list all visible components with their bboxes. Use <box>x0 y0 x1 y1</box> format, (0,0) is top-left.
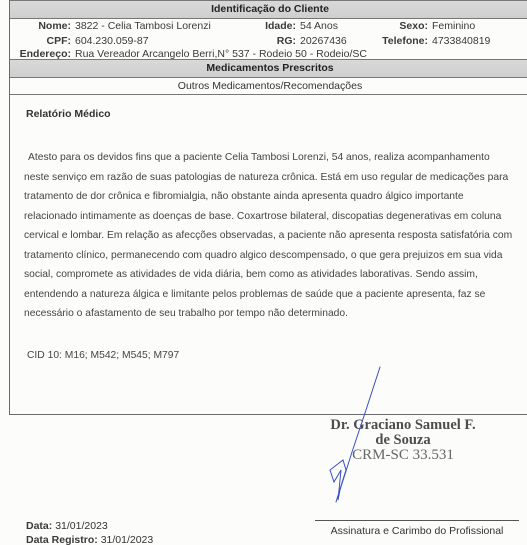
registry-date-label: Data Registro: <box>26 534 98 545</box>
signature-caption: Assinatura e Carimbo do Profissional <box>315 525 519 537</box>
registry-date-row: Data Registro: 31/01/2023 <box>26 534 153 545</box>
handwritten-signature-icon <box>0 0 527 545</box>
signature-line <box>315 520 519 521</box>
date-value: 31/01/2023 <box>55 520 108 532</box>
date-row: Data: 31/01/2023 <box>26 520 108 532</box>
date-label: Data: <box>26 520 52 532</box>
registry-date-value: 31/01/2023 <box>101 534 154 545</box>
